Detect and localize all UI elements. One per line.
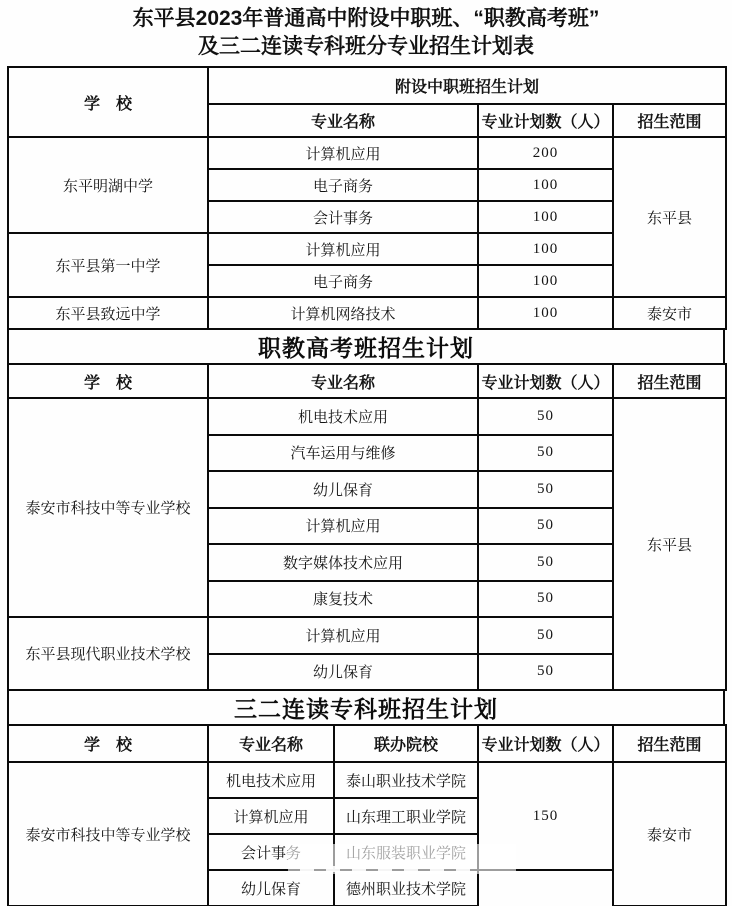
specialty-cell: 计算机应用: [208, 617, 478, 654]
school-name-cell: 泰安市科技中等专业学校: [8, 762, 208, 906]
table-attached-vocational-plan: 学 校 附设中职班招生计划 专业名称 专业计划数（人） 招生范围 东平明湖中学 …: [7, 66, 727, 330]
column-header-plan-count: 专业计划数（人）: [478, 364, 613, 398]
plan-count-cell: 50: [478, 471, 613, 508]
specialty-cell: 机电技术应用: [208, 398, 478, 435]
specialty-cell: 电子商务: [208, 169, 478, 201]
partner-college-cell: 德州职业技术学院: [334, 870, 478, 906]
section-title-vocational-exam-class: 职教高考班招生计划: [7, 328, 725, 365]
plan-count-cell: 50: [478, 435, 613, 472]
school-name-cell: 东平县第一中学: [8, 233, 208, 297]
plan-count-cell: 100: [478, 265, 613, 297]
specialty-cell: 机电技术应用: [208, 762, 334, 798]
table1-group-header: 附设中职班招生计划: [208, 67, 726, 104]
table-row: 学 校 附设中职班招生计划: [8, 67, 726, 104]
table-row: 学 校 专业名称 联办院校 专业计划数（人） 招生范围: [8, 725, 726, 762]
specialty-cell: 计算机应用: [208, 798, 334, 834]
column-header-scope: 招生范围: [613, 725, 726, 762]
table-row: 东平明湖中学 计算机应用 200 东平县: [8, 137, 726, 169]
plan-count-cell: 50: [478, 581, 613, 618]
specialty-cell: 幼儿保育: [208, 471, 478, 508]
plan-count-cell: 50: [478, 654, 613, 691]
plan-count-cell: 100: [478, 233, 613, 265]
plan-count-cell: 100: [478, 169, 613, 201]
school-name-cell: 泰安市科技中等专业学校: [8, 398, 208, 617]
plan-count-cell: 50: [478, 617, 613, 654]
column-header-school: 学 校: [8, 364, 208, 398]
specialty-cell: 汽车运用与维修: [208, 435, 478, 472]
specialty-cell: 康复技术: [208, 581, 478, 618]
document-page: 东平县2023年普通高中附设中职班、“职教高考班” 及三二连读专科班分专业招生计…: [0, 0, 732, 906]
table-three-two-plan: 学 校 专业名称 联办院校 专业计划数（人） 招生范围 泰安市科技中等专业学校 …: [7, 724, 727, 906]
document-content: 学 校 附设中职班招生计划 专业名称 专业计划数（人） 招生范围 东平明湖中学 …: [7, 66, 725, 906]
specialty-cell: 数字媒体技术应用: [208, 544, 478, 581]
table-vocational-exam-plan: 学 校 专业名称 专业计划数（人） 招生范围 泰安市科技中等专业学校 机电技术应…: [7, 363, 727, 691]
column-header-school: 学 校: [8, 67, 208, 137]
page-title-line1: 东平县2023年普通高中附设中职班、“职教高考班”: [0, 5, 732, 33]
scope-cell: 泰安市: [613, 297, 726, 329]
school-name-cell: 东平明湖中学: [8, 137, 208, 233]
plan-count-cell: 50: [478, 398, 613, 435]
specialty-cell: 会计事务: [208, 834, 334, 870]
specialty-cell: 幼儿保育: [208, 870, 334, 906]
partner-college-cell: 山东服装职业学院: [334, 834, 478, 870]
column-header-school: 学 校: [8, 725, 208, 762]
plan-count-cell: 150: [478, 762, 613, 870]
table-row: 泰安市科技中等专业学校 机电技术应用 泰山职业技术学院 150 泰安市: [8, 762, 726, 798]
plan-count-cell: 50: [478, 544, 613, 581]
scope-cell: 东平县: [613, 137, 726, 297]
specialty-cell: 计算机应用: [208, 233, 478, 265]
section-title-three-two-program: 三二连读专科班招生计划: [7, 689, 725, 726]
column-header-partner-college: 联办院校: [334, 725, 478, 762]
scope-cell: 泰安市: [613, 762, 726, 906]
column-header-specialty: 专业名称: [208, 364, 478, 398]
specialty-cell: 幼儿保育: [208, 654, 478, 691]
column-header-plan-count: 专业计划数（人）: [478, 104, 613, 137]
column-header-plan-count: 专业计划数（人）: [478, 725, 613, 762]
plan-count-cell: 200: [478, 137, 613, 169]
school-name-cell: 东平县致远中学: [8, 297, 208, 329]
column-header-scope: 招生范围: [613, 104, 726, 137]
plan-count-cell: 50: [478, 508, 613, 545]
school-name-cell: 东平县现代职业技术学校: [8, 617, 208, 690]
specialty-cell: 电子商务: [208, 265, 478, 297]
specialty-cell: 计算机网络技术: [208, 297, 478, 329]
column-header-specialty: 专业名称: [208, 104, 478, 137]
page-title: 东平县2023年普通高中附设中职班、“职教高考班” 及三二连读专科班分专业招生计…: [0, 0, 732, 64]
table-row: 东平县致远中学 计算机网络技术 100 泰安市: [8, 297, 726, 329]
specialty-cell: 会计事务: [208, 201, 478, 233]
column-header-scope: 招生范围: [613, 364, 726, 398]
specialty-cell: 计算机应用: [208, 508, 478, 545]
scope-cell: 东平县: [613, 398, 726, 690]
specialty-cell: 计算机应用: [208, 137, 478, 169]
table-row: 学 校 专业名称 专业计划数（人） 招生范围: [8, 364, 726, 398]
page-title-line2: 及三二连读专科班分专业招生计划表: [0, 33, 732, 61]
partner-college-cell: 泰山职业技术学院: [334, 762, 478, 798]
partner-college-cell: 山东理工职业学院: [334, 798, 478, 834]
plan-count-cell: 100: [478, 297, 613, 329]
table-row: 泰安市科技中等专业学校 机电技术应用 50 东平县: [8, 398, 726, 435]
column-header-specialty: 专业名称: [208, 725, 334, 762]
plan-count-cell: 100: [478, 201, 613, 233]
